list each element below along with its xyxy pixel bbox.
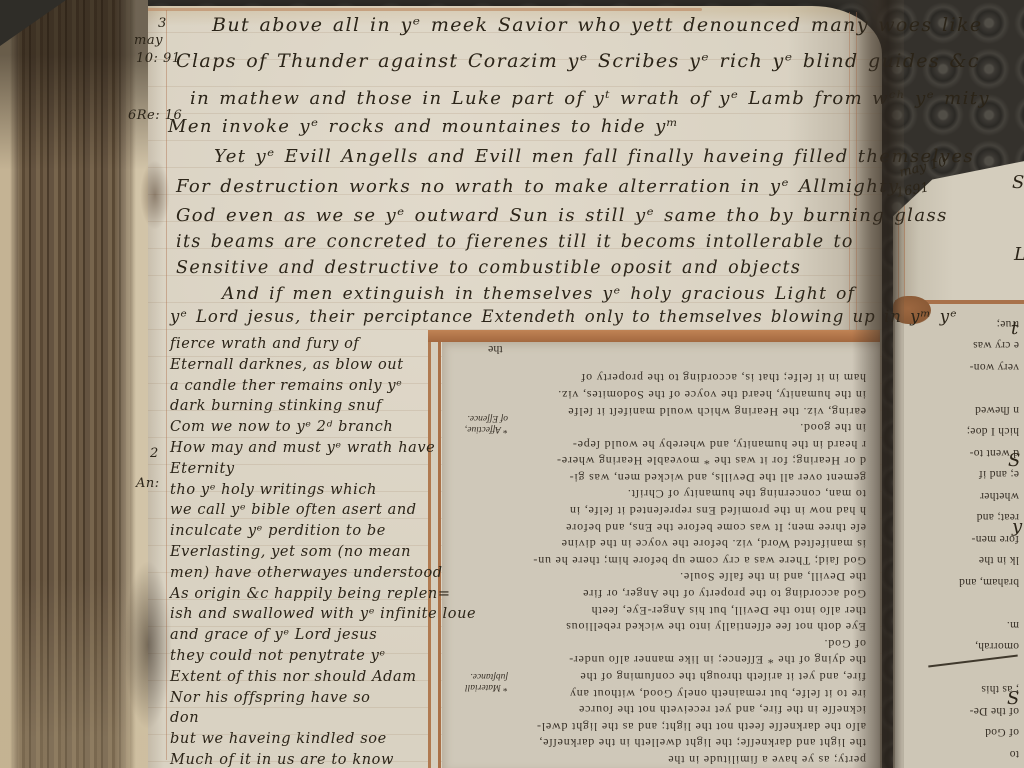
handwriting-line: its beams are concreted to fierenes till… bbox=[176, 232, 854, 252]
handwriting-line: God even as we se yᵉ outward Sun is stil… bbox=[176, 205, 948, 226]
handwriting-line: Men invoke yᵉ rocks and mountaines to hi… bbox=[168, 116, 679, 137]
handwriting-line: yᵉ Lord jesus, their perciptance Extende… bbox=[170, 307, 958, 326]
margin-note-month: may bbox=[134, 33, 163, 48]
handwriting-line: in mathew and those in Luke part of yᵗ w… bbox=[190, 88, 990, 109]
handwriting-line: Claps of Thunder against Corazim yᵉ Scri… bbox=[176, 50, 980, 72]
right-page-pasted-print: to of God of the De- ; as this omorrah, … bbox=[895, 300, 1024, 768]
margin-note-answer: An: bbox=[136, 476, 160, 491]
handwriting-line: But above all in yᵉ meek Savior who yett… bbox=[212, 14, 983, 36]
right-page-edge-fragment: L bbox=[1014, 244, 1024, 265]
handwriting-line: And if men extinguish in themselves yᵉ h… bbox=[222, 284, 856, 304]
handwriting-line: Yet yᵉ Evill Angells and Evill men fall … bbox=[214, 146, 974, 167]
right-page-edge-fragment: y bbox=[1012, 516, 1022, 537]
margin-note-chapter-verse: 10: 91 bbox=[136, 51, 181, 66]
page-top-edge-stain bbox=[142, 8, 702, 11]
margin-note-item-number: 2 bbox=[150, 446, 159, 461]
right-page-print-text: to of God of the De- ; as this omorrah, … bbox=[897, 312, 1019, 764]
handwriting-line: For destruction works no wrath to make a… bbox=[176, 176, 899, 197]
fore-edge-stain bbox=[124, 560, 172, 730]
handwriting-column: fierce wrath and fury of Eternall darkne… bbox=[170, 334, 476, 768]
pasted-print-insert: perty; as ye have a ſimilitude in the th… bbox=[428, 330, 880, 768]
book-photograph: may 10 1691 to of God of the De- ; as th… bbox=[0, 0, 1024, 768]
insert-frame-top-border bbox=[428, 330, 880, 342]
margin-note-day: 3 bbox=[158, 16, 167, 31]
insert-catchword: the bbox=[488, 342, 503, 357]
right-page-edge-fragment: S bbox=[1012, 172, 1024, 193]
fore-edge-stain bbox=[140, 160, 170, 230]
right-page-edge-fragment: S bbox=[1008, 450, 1020, 471]
right-page-edge-fragment: t bbox=[1011, 318, 1018, 339]
insert-print-text: perty; as ye have a ſimilitude in the th… bbox=[458, 370, 866, 768]
handwriting-line: Sensitive and destructive to combustible… bbox=[176, 258, 801, 278]
right-page-edge-fragment: S bbox=[1007, 688, 1019, 709]
insert-rotated-content: perty; as ye have a ſimilitude in the th… bbox=[458, 344, 866, 768]
